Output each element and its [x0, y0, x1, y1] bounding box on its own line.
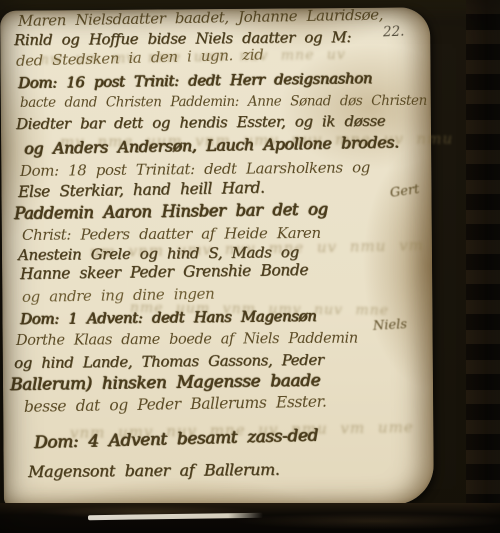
page-number: 22. [383, 24, 405, 41]
handwriting-line: Rinld og Hoffue bidse Niels daatter og M… [14, 28, 351, 49]
manuscript-photo: nw um mv nme umv nuv mne uv mv nme uum v… [0, 0, 500, 533]
handwriting-line: Dom: 18 post Trinitat: dedt Laarsholkens… [20, 158, 370, 180]
handwriting-line: Christ: Peders daatter af Heide Karen [22, 224, 321, 244]
handwriting-line: og andre ing dine ingen [22, 285, 215, 306]
handwriting-line: Diedter bar dett og hendis Esster, og ik… [16, 112, 385, 133]
handwriting-line: og hind Lande, Thomas Gassons, Peder [14, 351, 324, 372]
photo-bottom-edge [0, 503, 500, 533]
handwriting-line: Magensont baner af Ballerum. [28, 460, 280, 481]
handwriting-line: Dom: 1 Advent: dedt Hans Magensøn [20, 307, 317, 328]
handwriting-line: Dorthe Klaas dame boede af Niels Paddemi… [16, 331, 358, 349]
book-binding-edge [420, 0, 470, 533]
book-spine-shadow [466, 0, 500, 533]
margin-note: Niels [373, 317, 408, 334]
handwriting-line: bacte dand Christen Paddemin: Anne Sønad… [20, 93, 427, 111]
